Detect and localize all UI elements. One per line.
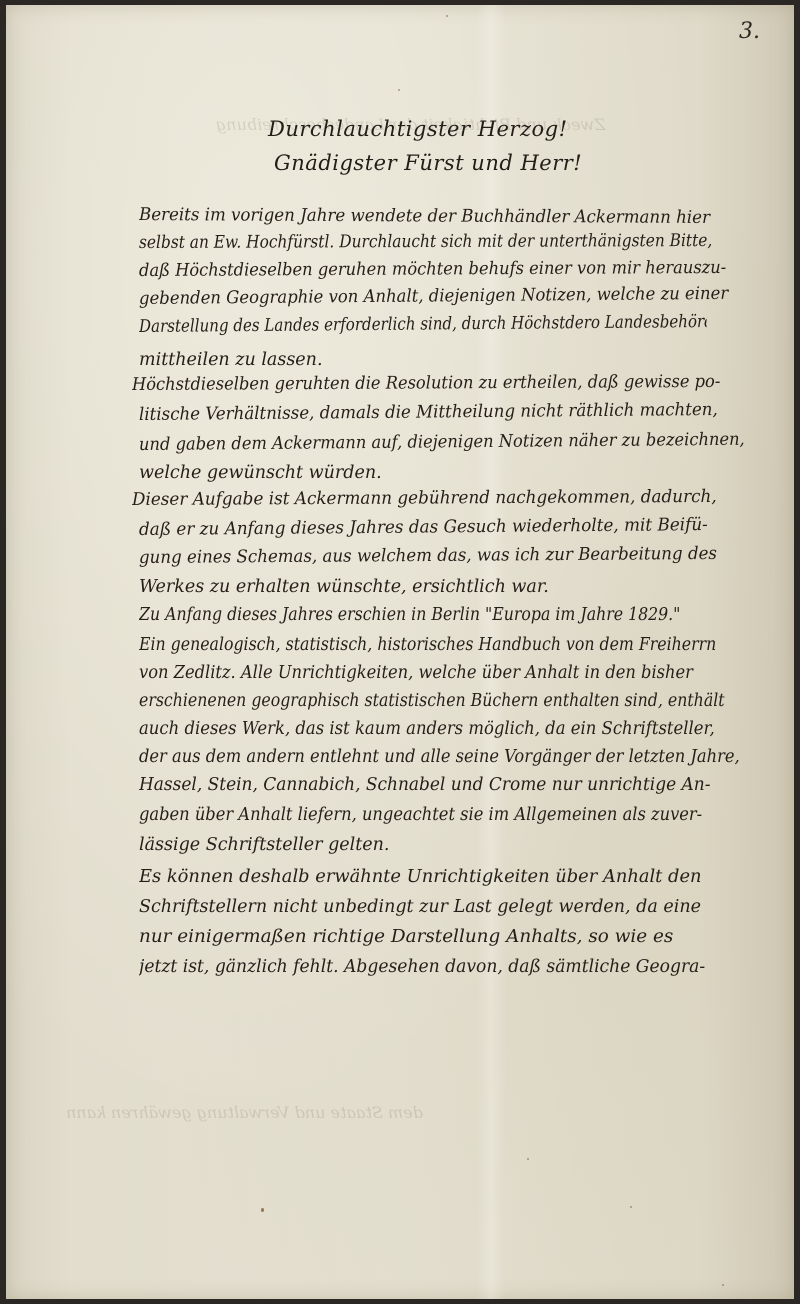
text-line: Ein genealogisch, statistisch, historisc… — [139, 635, 733, 655]
text-line: Höchstdieselben geruhten die Resolution … — [132, 372, 746, 395]
paper-sheet: Zweck und Richtigkeit der Landesbeschrei… — [6, 5, 794, 1299]
bleed-through-text: dem Staate und Verwaltung gewähren kann — [66, 1103, 423, 1122]
paper-speck — [630, 1206, 632, 1208]
text-line: Darstellung des Landes erforderlich sind… — [139, 312, 707, 337]
paper-speck — [261, 1208, 264, 1212]
scanned-manuscript: Zweck und Richtigkeit der Landesbeschrei… — [0, 0, 800, 1304]
text-line: welche gewünscht würden. — [139, 463, 799, 483]
paper-speck — [722, 1284, 724, 1286]
text-line: gebenden Geographie von Anhalt, diejenig… — [139, 284, 760, 309]
text-line: gung eines Schemas, aus welchem das, was… — [139, 544, 766, 568]
text-line: daß Höchstdieselben geruhen möchten behu… — [139, 258, 753, 281]
text-line: Hassel, Stein, Cannabich, Schnabel und C… — [139, 775, 779, 795]
paper-speck — [446, 15, 448, 17]
salutation-line-1: Durchlauchtigster Herzog! — [268, 117, 568, 141]
text-line: mittheilen zu lassen. — [139, 350, 799, 370]
text-line: daß er zu Anfang dieses Jahres das Gesuc… — [139, 514, 773, 540]
text-line: Es können deshalb erwähnte Unrichtigkeit… — [139, 867, 800, 887]
paper-speck — [398, 89, 400, 91]
text-line: selbst an Ew. Hochfürstl. Durchlaucht si… — [139, 231, 720, 253]
text-line: Werkes zu erhalten wünschte, ersichtlich… — [139, 577, 799, 597]
text-line: erschienenen geographisch statistischen … — [139, 691, 733, 711]
text-line: Zu Anfang dieses Jahres erschien in Berl… — [139, 605, 733, 625]
salutation-line-2: Gnädigster Fürst und Herr! — [274, 151, 582, 175]
text-line: nur einigermaßen richtige Darstellung An… — [139, 927, 800, 947]
text-line: litische Verhältnisse, damals die Mitthe… — [139, 400, 766, 425]
text-line: und gaben dem Ackermann auf, diejenigen … — [139, 430, 753, 455]
text-line: von Zedlitz. Alle Unrichtigkeiten, welch… — [139, 663, 753, 683]
text-line: Schriftstellern nicht unbedingt zur Last… — [139, 897, 799, 917]
text-line: Dieser Aufgabe ist Ackermann gebührend n… — [132, 487, 766, 510]
text-line: gaben über Anhalt liefern, ungeachtet si… — [139, 805, 753, 825]
text-line: der aus dem andern entlehnt und alle sei… — [139, 747, 753, 767]
text-line: Bereits im vorigen Jahre wendete der Buc… — [139, 205, 766, 228]
text-line: auch dieses Werk, das ist kaum anders mö… — [139, 719, 759, 739]
text-line: lässige Schriftsteller gelten. — [139, 835, 799, 855]
text-line: jetzt ist, gänzlich fehlt. Abgesehen dav… — [139, 957, 786, 977]
page-number: 3. — [739, 19, 760, 44]
paper-speck — [527, 1158, 529, 1160]
